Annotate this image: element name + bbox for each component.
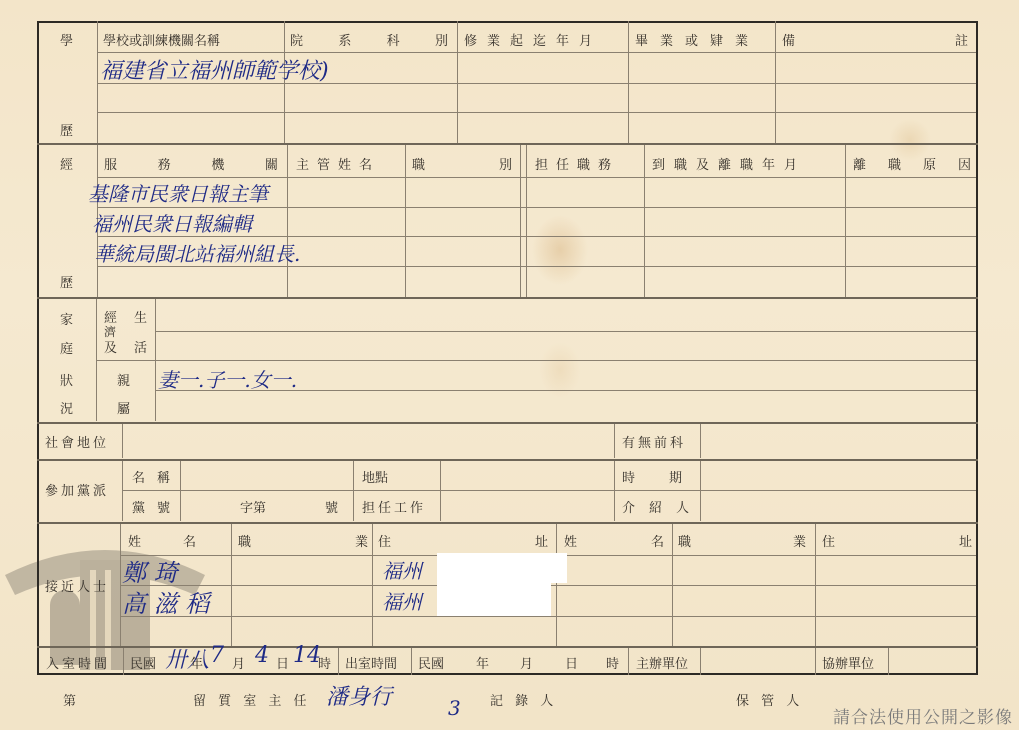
party-number-label: 黨號 <box>132 497 182 516</box>
divider <box>353 461 354 521</box>
rule <box>122 490 976 491</box>
relatives-label-1: 親 <box>117 370 130 389</box>
header-position: 職 別 <box>412 154 512 173</box>
entry-hour-value: 14 <box>293 643 321 668</box>
experience-org-3: 華統局閩北站福州組長. <box>94 238 300 267</box>
header-char: 務 <box>158 154 171 173</box>
header-char: 名 <box>183 531 196 550</box>
divider <box>123 648 124 675</box>
header-char: 因 <box>958 154 971 173</box>
education-side-bottom: 歷 <box>60 120 73 139</box>
contact-address-2: 福州 <box>382 586 422 615</box>
criminal-record-label: 有無前科 <box>622 432 686 451</box>
header-duty: 担任職務 <box>535 154 619 173</box>
header-char: 系 <box>338 30 351 49</box>
header-char: 職 <box>888 154 901 173</box>
relatives-label-2: 屬 <box>117 398 130 417</box>
header-dates: 到職及離職年月 <box>652 154 806 173</box>
experience-org-2: 福州民衆日報編輯 <box>92 208 252 237</box>
divider <box>815 648 816 675</box>
party-introducer-label: 介紹人 <box>622 497 703 516</box>
economy-label-5: 活 <box>134 337 147 356</box>
header-char: 姓 <box>564 531 577 550</box>
exit-hour-unit: 時 <box>606 653 619 672</box>
section-rule <box>37 143 978 145</box>
header-char: 名 <box>651 531 664 550</box>
header-department: 院 系 科 別 <box>290 30 448 49</box>
divider <box>405 145 406 297</box>
entry-month-unit: 月 <box>232 653 245 672</box>
experience-side-bottom: 歷 <box>60 272 73 291</box>
contact-name-2: 高 滋 稻 <box>122 584 209 619</box>
recorder-label: 記 錄 人 <box>490 690 557 709</box>
director-label: 留 質 室 主 任 <box>193 690 311 709</box>
header-char: 址 <box>959 531 972 550</box>
experience-org-1: 基隆市民衆日報主筆 <box>88 178 268 207</box>
header-char: 職 <box>678 531 691 550</box>
main-unit-label: 主辦單位 <box>636 653 688 672</box>
footer-number-label: 第 <box>63 690 76 709</box>
entry-era: 民國 <box>130 653 156 672</box>
entry-hour-unit: 時 <box>318 653 331 672</box>
usage-watermark: 請合法使用公開之影像 <box>833 703 1013 728</box>
exit-year-unit: 年 <box>476 653 489 672</box>
divider <box>122 461 123 521</box>
header-char: 機 <box>211 154 224 173</box>
header-char: 離 <box>853 154 866 173</box>
social-status-label: 社會地位 <box>45 432 109 451</box>
assist-unit-label: 協辦單位 <box>822 653 874 672</box>
party-label: 參加黨派 <box>45 480 109 499</box>
school-name-value: 福建省立福州師範学校) <box>100 54 329 85</box>
divider <box>888 648 889 675</box>
header-remarks-1: 備 <box>782 30 795 49</box>
header-supervisor: 主管姓名 <box>296 154 380 173</box>
entry-month-value: 7 <box>210 643 224 668</box>
contacts-header-address-left: 住 址 <box>378 531 548 550</box>
family-side-3: 狀 <box>60 370 73 389</box>
party-time-label: 時期 <box>622 467 716 486</box>
divider <box>614 424 615 458</box>
rule <box>97 52 976 53</box>
rule <box>96 360 976 361</box>
family-side-4: 況 <box>60 398 73 417</box>
divider <box>338 648 339 675</box>
party-number-mid-a: 字第 <box>240 497 266 516</box>
divider <box>411 648 412 675</box>
contact-address-1: 福州 <box>382 555 422 584</box>
redaction-block <box>437 553 567 583</box>
header-char: 住 <box>378 531 391 550</box>
divider <box>644 145 645 297</box>
contacts-header-name-left: 姓 名 <box>128 531 196 550</box>
divider <box>845 145 846 297</box>
divider <box>520 145 521 297</box>
contacts-header-address-right: 住 址 <box>822 531 972 550</box>
header-char: 院 <box>290 30 303 49</box>
divider <box>122 424 123 458</box>
entry-day-value: 4 <box>255 643 269 668</box>
party-work-label: 担任工作 <box>362 497 426 516</box>
header-char: 職 <box>238 531 251 550</box>
section-rule <box>37 459 978 461</box>
economy-label-4: 及 <box>104 337 117 356</box>
family-side-1: 家 <box>60 309 73 328</box>
contacts-header-job-left: 職 業 <box>238 531 368 550</box>
footer-mark: 3 <box>448 696 461 720</box>
header-char: 服 <box>104 154 117 173</box>
divider <box>287 145 288 297</box>
header-char: 原 <box>923 154 936 173</box>
entry-year-unit: 年 <box>190 653 203 672</box>
keeper-label: 保 管 人 <box>736 690 803 709</box>
exit-month-unit: 月 <box>520 653 533 672</box>
exit-time-label: 出室時間 <box>345 653 397 672</box>
redaction-block <box>437 583 551 616</box>
party-name-label: 名稱 <box>132 467 182 486</box>
header-char: 職 <box>412 154 425 173</box>
entry-time-label: 入室時間 <box>46 653 110 672</box>
header-char: 別 <box>435 30 448 49</box>
divider <box>457 21 458 143</box>
header-char: 業 <box>793 531 806 550</box>
header-school-name: 學校或訓練機關名稱 <box>103 30 220 49</box>
divider <box>775 21 776 143</box>
divider <box>700 461 701 521</box>
contacts-header-job-right: 職 業 <box>678 531 806 550</box>
experience-side-top: 經 <box>60 154 73 173</box>
header-char: 科 <box>387 30 400 49</box>
entry-day-unit: 日 <box>276 653 289 672</box>
economy-label-2: 生 <box>134 307 147 326</box>
header-char: 址 <box>535 531 548 550</box>
divider <box>628 21 629 143</box>
header-char: 姓 <box>128 531 141 550</box>
exit-day-unit: 日 <box>565 653 578 672</box>
exit-era: 民國 <box>418 653 444 672</box>
header-remarks-2: 註 <box>955 30 968 49</box>
section-rule <box>37 422 978 424</box>
party-place-label: 地點 <box>362 467 432 486</box>
header-reason: 離 職 原 因 <box>853 154 971 173</box>
header-char: 業 <box>355 531 368 550</box>
education-side-top: 學 <box>60 30 73 49</box>
family-side-2: 庭 <box>60 338 73 357</box>
rule <box>155 331 976 332</box>
header-char: 關 <box>265 154 278 173</box>
header-study-period: 修業起迄年月 <box>464 30 602 49</box>
header-organization: 服 務 機 關 <box>104 154 278 173</box>
header-graduation-status: 畢業或肄業 <box>635 30 760 49</box>
director-signature: 潘身行 <box>326 680 392 711</box>
divider <box>440 461 441 521</box>
divider <box>97 21 98 143</box>
rule <box>97 112 976 113</box>
relatives-value: 妻一.子一.女一. <box>158 364 297 393</box>
divider <box>614 461 615 521</box>
header-char: 別 <box>499 154 512 173</box>
contacts-header-name-right: 姓 名 <box>564 531 664 550</box>
divider <box>700 424 701 458</box>
contact-name-1: 鄭 琦 <box>122 553 178 588</box>
divider <box>628 648 629 675</box>
party-number-mid-b: 號 <box>325 497 338 516</box>
section-rule <box>37 522 978 524</box>
divider <box>526 145 527 297</box>
rule <box>120 616 976 617</box>
contacts-label: 接近人士 <box>45 576 109 595</box>
divider <box>700 648 701 675</box>
section-rule <box>37 297 978 299</box>
header-char: 住 <box>822 531 835 550</box>
